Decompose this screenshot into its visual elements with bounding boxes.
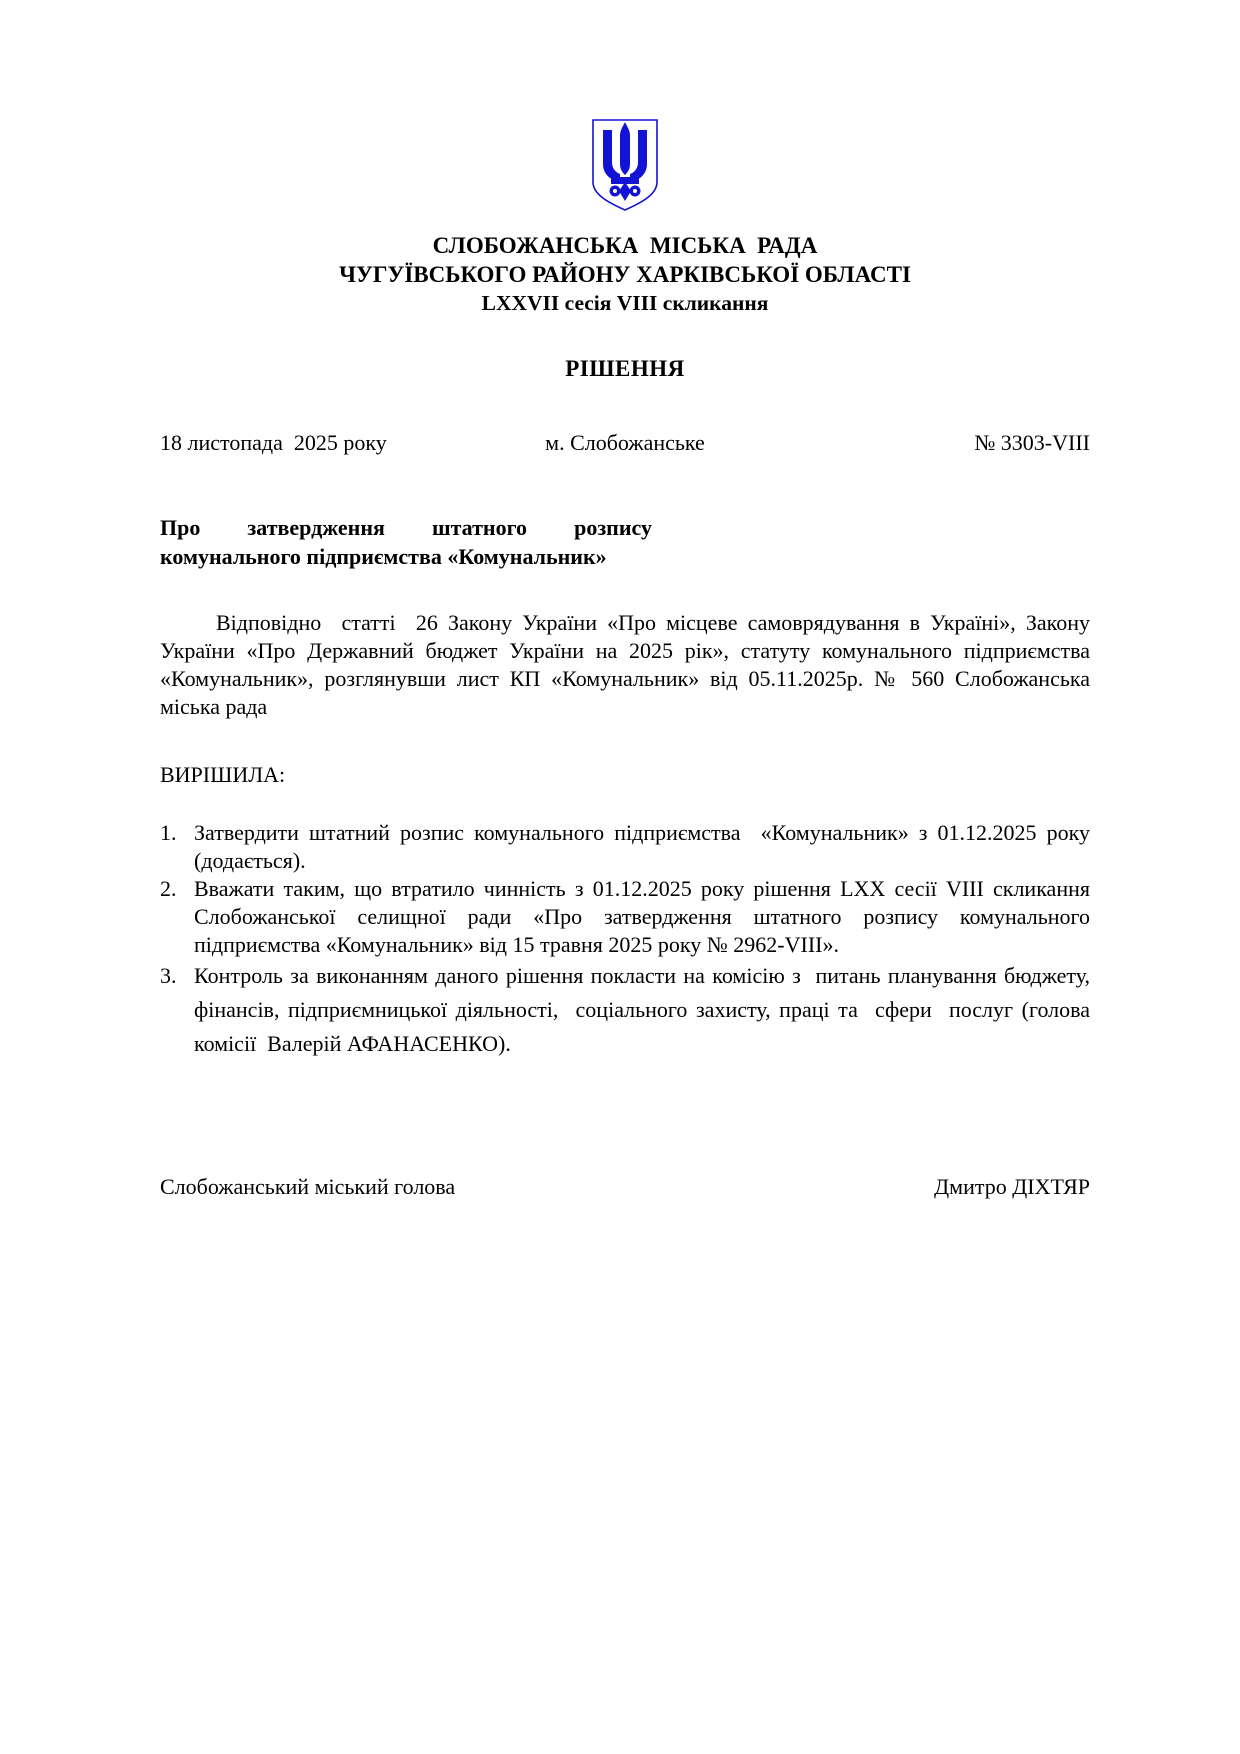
item-number: 3.	[160, 959, 194, 1061]
preamble-paragraph: Відповідно статті 26 Закону України «Про…	[160, 609, 1090, 721]
ukraine-trident-icon	[591, 118, 659, 212]
council-name: СЛОБОЖАНСЬКА МІСЬКА РАДА	[160, 231, 1090, 260]
meta-row: 18 листопада 2025 року м. Слобожанське №…	[160, 429, 1090, 457]
emblem-container	[160, 118, 1090, 219]
signer-title: Слобожанський міський голова	[160, 1173, 455, 1201]
item-number: 1.	[160, 819, 194, 875]
decision-items-list: 1. Затвердити штатний розпис комунальног…	[160, 819, 1090, 1061]
item-number: 2.	[160, 875, 194, 959]
decision-place: м. Слобожанське	[545, 429, 705, 457]
decision-document-page: СЛОБОЖАНСЬКА МІСЬКА РАДА ЧУГУЇВСЬКОГО РА…	[0, 0, 1240, 1754]
document-header: СЛОБОЖАНСЬКА МІСЬКА РАДА ЧУГУЇВСЬКОГО РА…	[160, 231, 1090, 317]
list-item: 2. Вважати таким, що втратило чинність з…	[160, 875, 1090, 959]
item-text: Затвердити штатний розпис комунального п…	[194, 819, 1090, 875]
list-item: 3. Контроль за виконанням даного рішення…	[160, 959, 1090, 1061]
council-region: ЧУГУЇВСЬКОГО РАЙОНУ ХАРКІВСЬКОЇ ОБЛАСТІ	[160, 260, 1090, 289]
list-item: 1. Затвердити штатний розпис комунальног…	[160, 819, 1090, 875]
decision-date: 18 листопада 2025 року	[160, 429, 545, 457]
item-text: Вважати таким, що втратило чинність з 01…	[194, 875, 1090, 959]
item-text: Контроль за виконанням даного рішення по…	[194, 959, 1090, 1061]
signer-name: Дмитро ДІХТЯР	[934, 1173, 1090, 1201]
subject-line-1: Про затвердження штатного розпису	[160, 513, 652, 542]
decision-subject: Про затвердження штатного розпису комуна…	[160, 513, 652, 571]
document-type-title: РІШЕННЯ	[160, 355, 1090, 383]
subject-line-2: комунального підприємства «Комунальник»	[160, 542, 652, 571]
signature-row: Слобожанський міський голова Дмитро ДІХТ…	[160, 1173, 1090, 1201]
resolved-label: ВИРІШИЛА:	[160, 761, 1090, 789]
session-info: LXXVII сесія VIII скликання	[160, 289, 1090, 317]
decision-number: № 3303-VIII	[705, 429, 1090, 457]
